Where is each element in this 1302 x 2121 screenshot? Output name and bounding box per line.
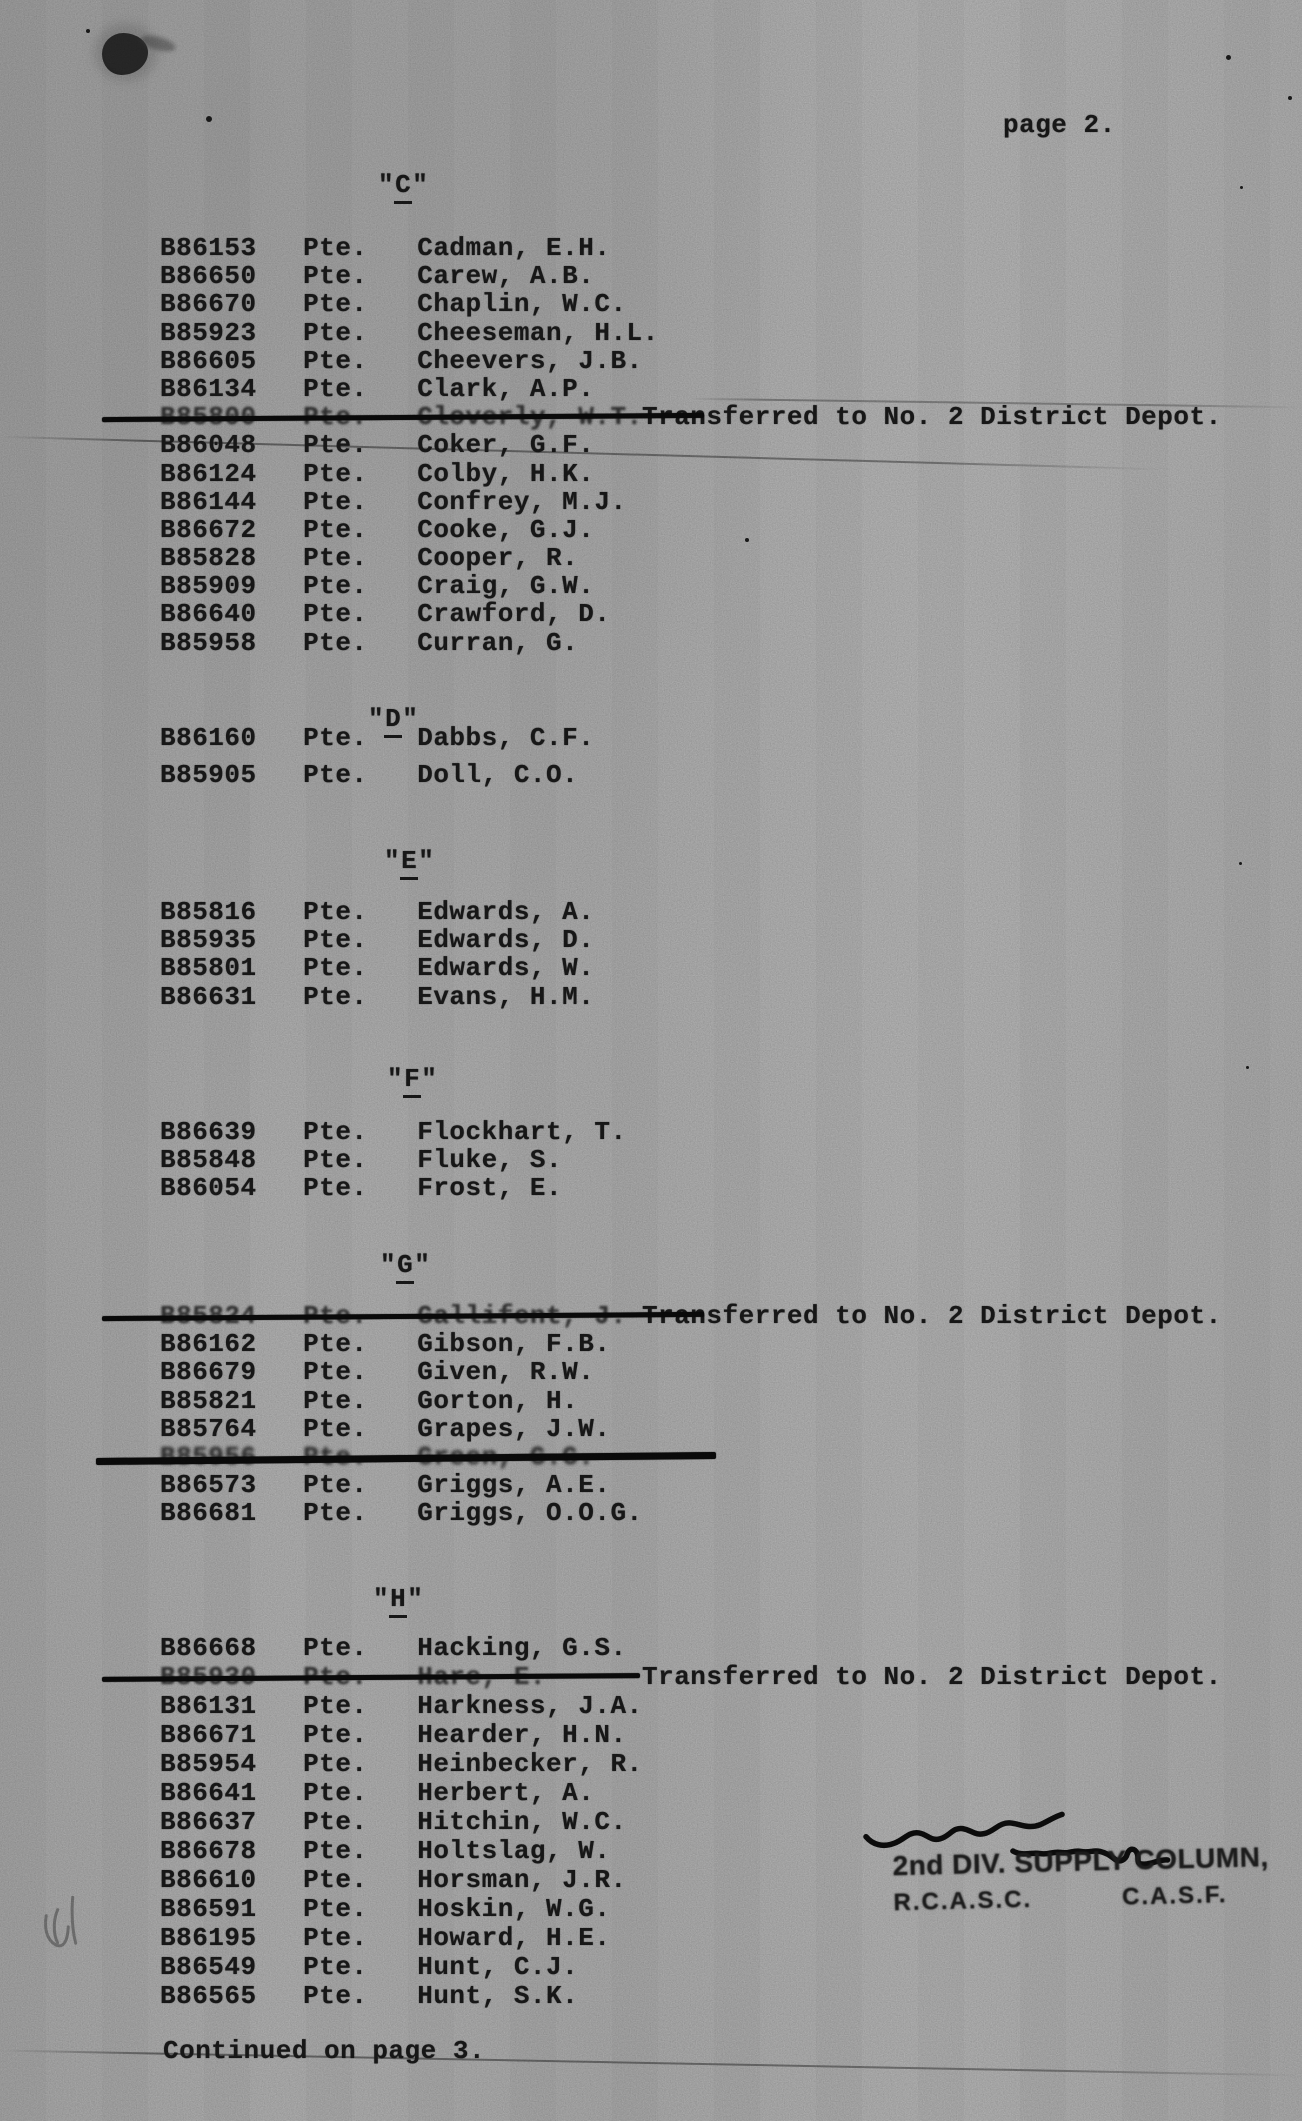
- soldier-name: Coker, G.F.: [417, 430, 594, 460]
- roster-row: B86681 Pte. Griggs, O.O.G.: [160, 1499, 1302, 1527]
- rank: Pte.: [303, 234, 401, 262]
- open-quote: ": [387, 1064, 403, 1094]
- service-number: B85828: [160, 544, 287, 572]
- roster-row: B86565 Pte. Hunt, S.K.: [160, 1982, 1302, 2011]
- rank: Pte.: [303, 1663, 401, 1691]
- soldier-name: Cooke, G.J.: [417, 515, 594, 545]
- service-number: B86124: [160, 460, 287, 488]
- soldier-name: Doll, C.O.: [417, 760, 578, 790]
- rank: Pte.: [303, 1721, 401, 1749]
- roster-row: B86144 Pte. Confrey, M.J.: [160, 488, 1302, 516]
- roster-row: B86640 Pte. Crawford, D.: [160, 600, 1302, 628]
- service-number: B86641: [160, 1779, 287, 1807]
- roster-row: B86134 Pte. Clark, A.P.: [160, 375, 1302, 403]
- roster-row: B85801 Pte. Edwards, W.: [160, 954, 1302, 982]
- section-header-d: "D": [368, 704, 418, 734]
- service-number: B85958: [160, 629, 287, 657]
- ink-speck: [206, 116, 212, 122]
- service-number: B85930: [160, 1663, 287, 1691]
- roster-row: B86131 Pte. Harkness, J.A.: [160, 1692, 1302, 1721]
- soldier-name: Cadman, E.H.: [417, 233, 610, 263]
- service-number: B86631: [160, 983, 287, 1011]
- soldier-name: Edwards, D.: [417, 925, 594, 955]
- rank: Pte.: [303, 1358, 401, 1386]
- section-letter: C: [394, 170, 412, 204]
- roster-row: B86605 Pte. Cheevers, J.B.: [160, 347, 1302, 375]
- soldier-name: Cloverly, W.T.: [417, 402, 642, 432]
- rank: Pte.: [303, 460, 401, 488]
- service-number: B85956: [160, 1443, 287, 1471]
- soldier-name: Given, R.W.: [417, 1357, 594, 1387]
- soldier-name: Cooper, R.: [417, 543, 578, 573]
- ink-speck: [1239, 862, 1242, 865]
- soldier-name: Hacking, G.S.: [417, 1633, 626, 1663]
- roster-row: B85958 Pte. Curran, G.: [160, 629, 1302, 657]
- rank: Pte.: [303, 319, 401, 347]
- rank: Pte.: [303, 1779, 401, 1807]
- page-number: page 2.: [1003, 110, 1116, 140]
- section-header-f: "F": [387, 1064, 437, 1094]
- rank: Pte.: [303, 262, 401, 290]
- roster-row: B86679 Pte. Given, R.W.: [160, 1358, 1302, 1386]
- rank: Pte.: [303, 926, 401, 954]
- rank: Pte.: [303, 1146, 401, 1174]
- roster-row: B85905 Pte. Doll, C.O.: [160, 761, 1302, 798]
- soldier-name: Green, G.G.: [417, 1442, 594, 1472]
- roster-row: B86549 Pte. Hunt, C.J.: [160, 1953, 1302, 1982]
- rank: Pte.: [303, 1443, 401, 1471]
- roster-row: B86631 Pte. Evans, H.M.: [160, 983, 1302, 1011]
- roster-row: B86162 Pte. Gibson, F.B.: [160, 1330, 1302, 1358]
- roster-row: B85764 Pte. Grapes, J.W.: [160, 1415, 1302, 1443]
- roster-row: B85923 Pte. Cheeseman, H.L.: [160, 319, 1302, 347]
- rank: Pte.: [303, 983, 401, 1011]
- soldier-name: Hearder, H.N.: [417, 1720, 626, 1750]
- soldier-name: Frost, E.: [417, 1173, 562, 1203]
- soldier-name: Hunt, C.J.: [417, 1952, 578, 1982]
- rank: Pte.: [303, 290, 401, 318]
- service-number: B85935: [160, 926, 287, 954]
- soldier-name: Craig, G.W.: [417, 571, 594, 601]
- service-number: B85909: [160, 572, 287, 600]
- service-number: B85824: [160, 1302, 287, 1330]
- soldier-name: Heinbecker, R.: [417, 1749, 642, 1779]
- rank: Pte.: [303, 431, 401, 459]
- unit-stamp: 2nd DIV. SUPPLY COLUMN, R.C.A.S.C. C.A.S…: [892, 1842, 1246, 1918]
- transfer-note: Transferred to No. 2 District Depot.: [642, 1302, 1222, 1330]
- service-number: B85821: [160, 1387, 287, 1415]
- ink-speck: [86, 29, 90, 33]
- service-number: B86670: [160, 290, 287, 318]
- open-quote: ": [380, 1250, 396, 1280]
- service-number: B86681: [160, 1499, 287, 1527]
- service-number: B86573: [160, 1471, 287, 1499]
- service-number: B86678: [160, 1837, 287, 1865]
- soldier-name: Hitchin, W.C.: [417, 1807, 626, 1837]
- ink-speck: [745, 538, 749, 542]
- rank: Pte.: [303, 954, 401, 982]
- service-number: B85800: [160, 403, 287, 431]
- section-letter: F: [403, 1064, 421, 1098]
- soldier-name: Flockhart, T.: [417, 1117, 626, 1147]
- roster-row: B86639 Pte. Flockhart, T.: [160, 1118, 1302, 1146]
- service-number: B86565: [160, 1982, 287, 2010]
- rank: Pte.: [303, 1866, 401, 1894]
- service-number: B86672: [160, 516, 287, 544]
- rank: Pte.: [303, 544, 401, 572]
- soldier-name: Edwards, W.: [417, 953, 594, 983]
- roster-row: B85954 Pte. Heinbecker, R.: [160, 1750, 1302, 1779]
- service-number: B85816: [160, 898, 287, 926]
- section-letter: G: [396, 1250, 414, 1284]
- section-c-rows: B86153 Pte. Cadman, E.H. B86650 Pte. Car…: [160, 234, 1302, 657]
- section-g-rows: B85824 Pte. Gallifent, J. Transferred to…: [160, 1302, 1302, 1528]
- rank: Pte.: [303, 572, 401, 600]
- service-number: B86639: [160, 1118, 287, 1146]
- soldier-name: Gibson, F.B.: [417, 1329, 610, 1359]
- stamp-corps: R.C.A.S.C.: [893, 1886, 1032, 1917]
- service-number: B86668: [160, 1634, 287, 1662]
- service-number: B86054: [160, 1174, 287, 1202]
- section-letter: E: [400, 846, 418, 880]
- roster-row: B86124 Pte. Colby, H.K.: [160, 460, 1302, 488]
- soldier-name: Gallifent, J.: [417, 1301, 626, 1331]
- transfer-note: Transferred to No. 2 District Depot.: [642, 403, 1222, 431]
- roster-row: B85930 Pte. Hare, E. Transferred to No. …: [160, 1663, 1302, 1692]
- rank: Pte.: [303, 488, 401, 516]
- continuation-note: Continued on page 3.: [163, 2036, 485, 2066]
- rank: Pte.: [303, 600, 401, 628]
- roster-row: B85848 Pte. Fluke, S.: [160, 1146, 1302, 1174]
- soldier-name: Griggs, A.E.: [417, 1470, 610, 1500]
- service-number: B86637: [160, 1808, 287, 1836]
- rank: Pte.: [303, 347, 401, 375]
- rank: Pte.: [303, 1387, 401, 1415]
- roster-row: B85935 Pte. Edwards, D.: [160, 926, 1302, 954]
- soldier-name: Evans, H.M.: [417, 982, 594, 1012]
- roster-row: B85828 Pte. Cooper, R.: [160, 544, 1302, 572]
- roster-row: B85816 Pte. Edwards, A.: [160, 898, 1302, 926]
- open-quote: ": [373, 1584, 389, 1614]
- roster-row: B86668 Pte. Hacking, G.S.: [160, 1634, 1302, 1663]
- soldier-name: Hare, E.: [417, 1662, 546, 1692]
- service-number: B85905: [160, 761, 287, 789]
- service-number: B86591: [160, 1895, 287, 1923]
- close-quote: ": [414, 1250, 430, 1280]
- close-quote: ": [407, 1584, 423, 1614]
- service-number: B86153: [160, 234, 287, 262]
- rank: Pte.: [303, 1499, 401, 1527]
- close-quote: ": [421, 1064, 437, 1094]
- soldier-name: Howard, H.E.: [417, 1923, 610, 1953]
- service-number: B85848: [160, 1146, 287, 1174]
- soldier-name: Horsman, J.R.: [417, 1865, 626, 1895]
- soldier-name: Confrey, M.J.: [417, 487, 626, 517]
- service-number: B86131: [160, 1692, 287, 1720]
- pencil-mark: [34, 1888, 98, 1960]
- service-number: B85801: [160, 954, 287, 982]
- section-letter: H: [389, 1584, 407, 1618]
- section-header-h: "H": [373, 1584, 423, 1614]
- roster-row: B86573 Pte. Griggs, A.E.: [160, 1471, 1302, 1499]
- section-header-e: "E": [384, 846, 434, 876]
- rank: Pte.: [303, 1895, 401, 1923]
- soldier-name: Curran, G.: [417, 628, 578, 658]
- rank: Pte.: [303, 1302, 401, 1330]
- ink-speck: [1226, 55, 1231, 60]
- section-f-rows: B86639 Pte. Flockhart, T. B85848 Pte. Fl…: [160, 1118, 1302, 1203]
- ink-speck: [1240, 186, 1243, 189]
- roster-row: B86160 Pte. Dabbs, C.F.: [160, 724, 1302, 761]
- soldier-name: Herbert, A.: [417, 1778, 594, 1808]
- service-number: B86048: [160, 431, 287, 459]
- soldier-name: Carew, A.B.: [417, 261, 594, 291]
- open-quote: ": [384, 846, 400, 876]
- service-number: B86144: [160, 488, 287, 516]
- roster-row: B86650 Pte. Carew, A.B.: [160, 262, 1302, 290]
- roster-row: B86671 Pte. Hearder, H.N.: [160, 1721, 1302, 1750]
- roster-row: B86048 Pte. Coker, G.F.: [160, 431, 1302, 459]
- rank: Pte.: [303, 761, 401, 789]
- soldier-name: Cheeseman, H.L.: [417, 318, 659, 348]
- rank: Pte.: [303, 1953, 401, 1981]
- section-d-rows: B86160 Pte. Dabbs, C.F. B85905 Pte. Doll…: [160, 724, 1302, 798]
- roster-row: B85821 Pte. Gorton, H.: [160, 1387, 1302, 1415]
- close-quote: ": [412, 170, 428, 200]
- roster-row: B86672 Pte. Cooke, G.J.: [160, 516, 1302, 544]
- rank: Pte.: [303, 1634, 401, 1662]
- roster-row: B85800 Pte. Cloverly, W.T. Transferred t…: [160, 403, 1302, 431]
- soldier-name: Edwards, A.: [417, 897, 594, 927]
- scanned-document-page: page 2. "C" B86153 Pte. Cadman, E.H. B86…: [0, 0, 1302, 2121]
- service-number: B86134: [160, 375, 287, 403]
- section-header-g: "G": [380, 1250, 430, 1280]
- rank: Pte.: [303, 1837, 401, 1865]
- transfer-note: Transferred to No. 2 District Depot.: [642, 1663, 1222, 1691]
- service-number: B86610: [160, 1866, 287, 1894]
- soldier-name: Dabbs, C.F.: [417, 723, 594, 753]
- open-quote: ": [368, 704, 384, 734]
- soldier-name: Grapes, J.W.: [417, 1414, 610, 1444]
- soldier-name: Clark, A.P.: [417, 374, 594, 404]
- service-number: B86671: [160, 1721, 287, 1749]
- roster-row: B86195 Pte. Howard, H.E.: [160, 1924, 1302, 1953]
- soldier-name: Fluke, S.: [417, 1145, 562, 1175]
- rank: Pte.: [303, 1692, 401, 1720]
- roster-row: B85956 Pte. Green, G.G.: [160, 1443, 1302, 1471]
- soldier-name: Chaplin, W.C.: [417, 289, 626, 319]
- rank: Pte.: [303, 1415, 401, 1443]
- rank: Pte.: [303, 1471, 401, 1499]
- soldier-name: Hunt, S.K.: [417, 1981, 578, 2011]
- rank: Pte.: [303, 1982, 401, 2010]
- soldier-name: Harkness, J.A.: [417, 1691, 642, 1721]
- rank: Pte.: [303, 516, 401, 544]
- rank: Pte.: [303, 1750, 401, 1778]
- roster-row: B86054 Pte. Frost, E.: [160, 1174, 1302, 1202]
- roster-row: B85909 Pte. Craig, G.W.: [160, 572, 1302, 600]
- service-number: B85764: [160, 1415, 287, 1443]
- soldier-name: Holtslag, W.: [417, 1836, 610, 1866]
- rank: Pte.: [303, 375, 401, 403]
- section-header-c: "C": [378, 170, 428, 200]
- soldier-name: Crawford, D.: [417, 599, 610, 629]
- rank: Pte.: [303, 1174, 401, 1202]
- rank: Pte.: [303, 629, 401, 657]
- rank: Pte.: [303, 1330, 401, 1358]
- service-number: B86605: [160, 347, 287, 375]
- roster-row: B86153 Pte. Cadman, E.H.: [160, 234, 1302, 262]
- service-number: B86679: [160, 1358, 287, 1386]
- rank: Pte.: [303, 1808, 401, 1836]
- service-number: B86650: [160, 262, 287, 290]
- service-number: B86160: [160, 724, 287, 752]
- service-number: B86640: [160, 600, 287, 628]
- ink-speck: [1246, 1066, 1249, 1069]
- service-number: B86549: [160, 1953, 287, 1981]
- soldier-name: Cheevers, J.B.: [417, 346, 642, 376]
- service-number: B85923: [160, 319, 287, 347]
- service-number: B85954: [160, 1750, 287, 1778]
- soldier-name: Griggs, O.O.G.: [417, 1498, 642, 1528]
- section-letter: D: [384, 704, 402, 738]
- close-quote: ": [402, 704, 418, 734]
- soldier-name: Colby, H.K.: [417, 459, 594, 489]
- soldier-name: Gorton, H.: [417, 1386, 578, 1416]
- ink-speck: [1288, 96, 1292, 100]
- soldier-name: Hoskin, W.G.: [417, 1894, 610, 1924]
- stamp-force: C.A.S.F.: [1122, 1881, 1228, 1912]
- open-quote: ": [378, 170, 394, 200]
- service-number: B86195: [160, 1924, 287, 1952]
- rank: Pte.: [303, 898, 401, 926]
- close-quote: ": [418, 846, 434, 876]
- roster-row: B86670 Pte. Chaplin, W.C.: [160, 290, 1302, 318]
- rank: Pte.: [303, 1924, 401, 1952]
- section-e-rows: B85816 Pte. Edwards, A. B85935 Pte. Edwa…: [160, 898, 1302, 1011]
- service-number: B86162: [160, 1330, 287, 1358]
- ink-blot: [102, 33, 148, 75]
- rank: Pte.: [303, 403, 401, 431]
- roster-row: B85824 Pte. Gallifent, J. Transferred to…: [160, 1302, 1302, 1330]
- rank: Pte.: [303, 1118, 401, 1146]
